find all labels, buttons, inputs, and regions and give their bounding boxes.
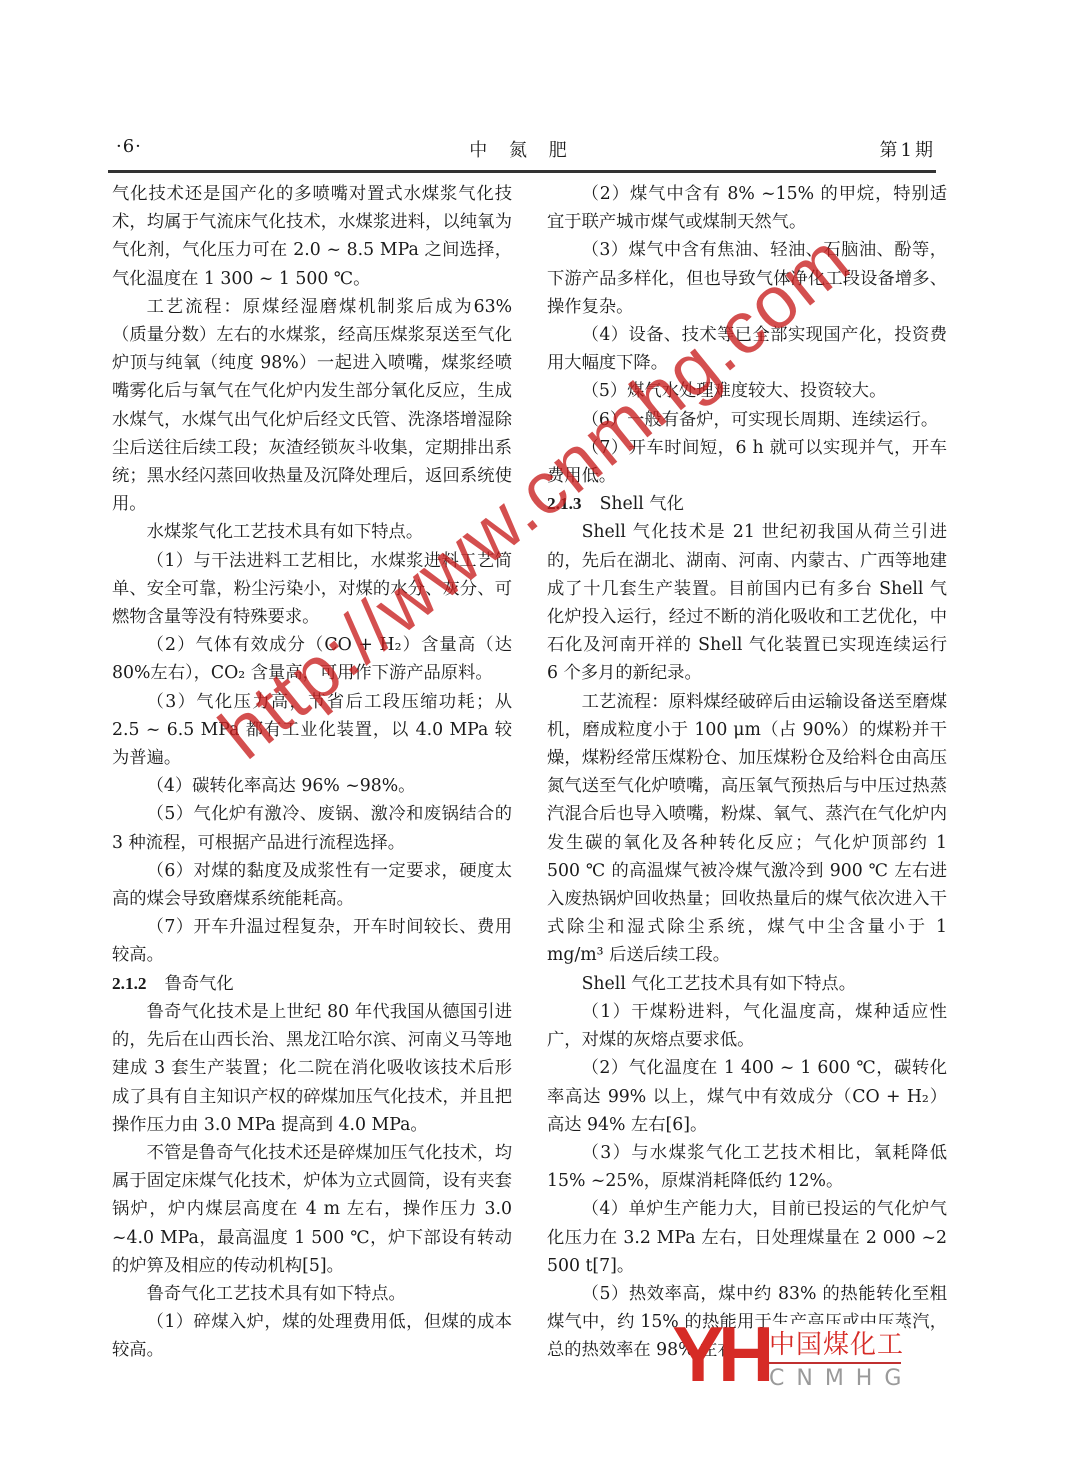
- paragraph: （4）碳转化率高达 96% ~98%。: [112, 772, 512, 800]
- paragraph: 工艺流程：原料煤经破碎后由运输设备送至磨煤机，磨成粒度小于 100 μm（占 9…: [547, 688, 947, 970]
- section-number: 2.1.2: [112, 974, 147, 993]
- paragraph: （1）干煤粉进料，气化温度高，煤种适应性广，对煤的灰熔点要求低。: [547, 998, 947, 1054]
- paragraph: Shell 气化技术是 21 世纪初我国从荷兰引进的，先后在湖北、湖南、河南、内…: [547, 518, 947, 687]
- paragraph: 鲁奇气化工艺技术具有如下特点。: [112, 1280, 512, 1308]
- logo-divider: [769, 1362, 901, 1364]
- issue-number: 第1期: [880, 136, 936, 162]
- journal-title: 中 氮 肥: [108, 136, 936, 162]
- paragraph: 气化技术还是国产化的多喷嘴对置式水煤浆气化技术，均属于气流床气化技术，水煤浆进料…: [112, 180, 512, 293]
- paragraph: （2）煤气中含有 8% ~15% 的甲烷，特别适宜于联产城市煤气或煤制天然气。: [547, 180, 947, 236]
- paragraph: （3）与水煤浆气化工艺技术相比，氧耗降低 15% ~25%，原煤消耗降低约 12…: [547, 1139, 947, 1195]
- paragraph: （1）碎煤入炉，煤的处理费用低，但煤的成本较高。: [112, 1308, 512, 1364]
- paragraph: 不管是鲁奇气化技术还是碎煤加压气化技术，均属于固定床煤气化技术，炉体为立式圆筒，…: [112, 1139, 512, 1280]
- paragraph: （3）煤气中含有焦油、轻油、石脑油、酚等，下游产品多样化，但也导致气体净化工段设…: [547, 236, 947, 321]
- paragraph: （1）与干法进料工艺相比，水煤浆进料工艺简单、安全可靠，粉尘污染小，对煤的水分、…: [112, 547, 512, 632]
- paragraph: （3）气化压力高，节省后工段压缩功耗；从 2.5 ~ 6.5 MPa 都有工业化…: [112, 688, 512, 773]
- logo-name-en: CNMHG: [769, 1366, 913, 1391]
- paragraph: 工艺流程：原煤经湿磨煤机制浆后成为63%（质量分数）左右的水煤浆，经高压煤浆泵送…: [112, 293, 512, 519]
- paragraph: （7）开车时间短，6 h 就可以实现并气，开车费用低。: [547, 434, 947, 490]
- paragraph: （2）气化温度在 1 400 ~ 1 600 ℃，碳转化率高达 99% 以上，煤…: [547, 1054, 947, 1139]
- paragraph: （2）气体有效成分（CO + H₂）含量高（达80%左右），CO₂ 含量高，可用…: [112, 631, 512, 687]
- left-column: 气化技术还是国产化的多喷嘴对置式水煤浆气化技术，均属于气流床气化技术，水煤浆进料…: [112, 180, 512, 1365]
- paragraph: （4）单炉生产能力大，目前已投运的气化炉气化压力在 3.2 MPa 左右，日处理…: [547, 1195, 947, 1280]
- cnmhg-logo: YH 中国煤化工 CNMHG: [672, 1318, 972, 1398]
- header-rule: [108, 170, 936, 173]
- page-header: ·6· 中 氮 肥 第1期: [108, 132, 936, 162]
- logo-mark-icon: YH: [672, 1318, 768, 1390]
- logo-name-cn: 中国煤化工: [769, 1324, 904, 1361]
- paragraph: （6）一般有备炉，可实现长周期、连续运行。: [547, 406, 947, 434]
- section-title: 鲁奇气化: [165, 974, 234, 994]
- section-number: 2.1.3: [547, 494, 582, 513]
- section-heading: 2.1.3Shell 气化: [547, 490, 947, 518]
- paragraph: （7）开车升温过程复杂，开车时间较长、费用较高。: [112, 913, 512, 969]
- paragraph: （6）对煤的黏度及成浆性有一定要求，硬度太高的煤会导致磨煤系统能耗高。: [112, 857, 512, 913]
- paragraph: （5）煤气水处理难度较大、投资较大。: [547, 377, 947, 405]
- paragraph: （5）气化炉有激冷、废锅、激冷和废锅结合的 3 种流程，可根据产品进行流程选择。: [112, 800, 512, 856]
- paragraph: 水煤浆气化工艺技术具有如下特点。: [112, 518, 512, 546]
- paragraph: 鲁奇气化技术是上世纪 80 年代我国从德国引进的，先后在山西长治、黑龙江哈尔滨、…: [112, 998, 512, 1139]
- paragraph: （4）设备、技术等已全部实现国产化，投资费用大幅度下降。: [547, 321, 947, 377]
- section-title: Shell 气化: [600, 494, 684, 514]
- right-column: （2）煤气中含有 8% ~15% 的甲烷，特别适宜于联产城市煤气或煤制天然气。（…: [547, 180, 947, 1365]
- paragraph: Shell 气化工艺技术具有如下特点。: [547, 970, 947, 998]
- section-heading: 2.1.2鲁奇气化: [112, 970, 512, 998]
